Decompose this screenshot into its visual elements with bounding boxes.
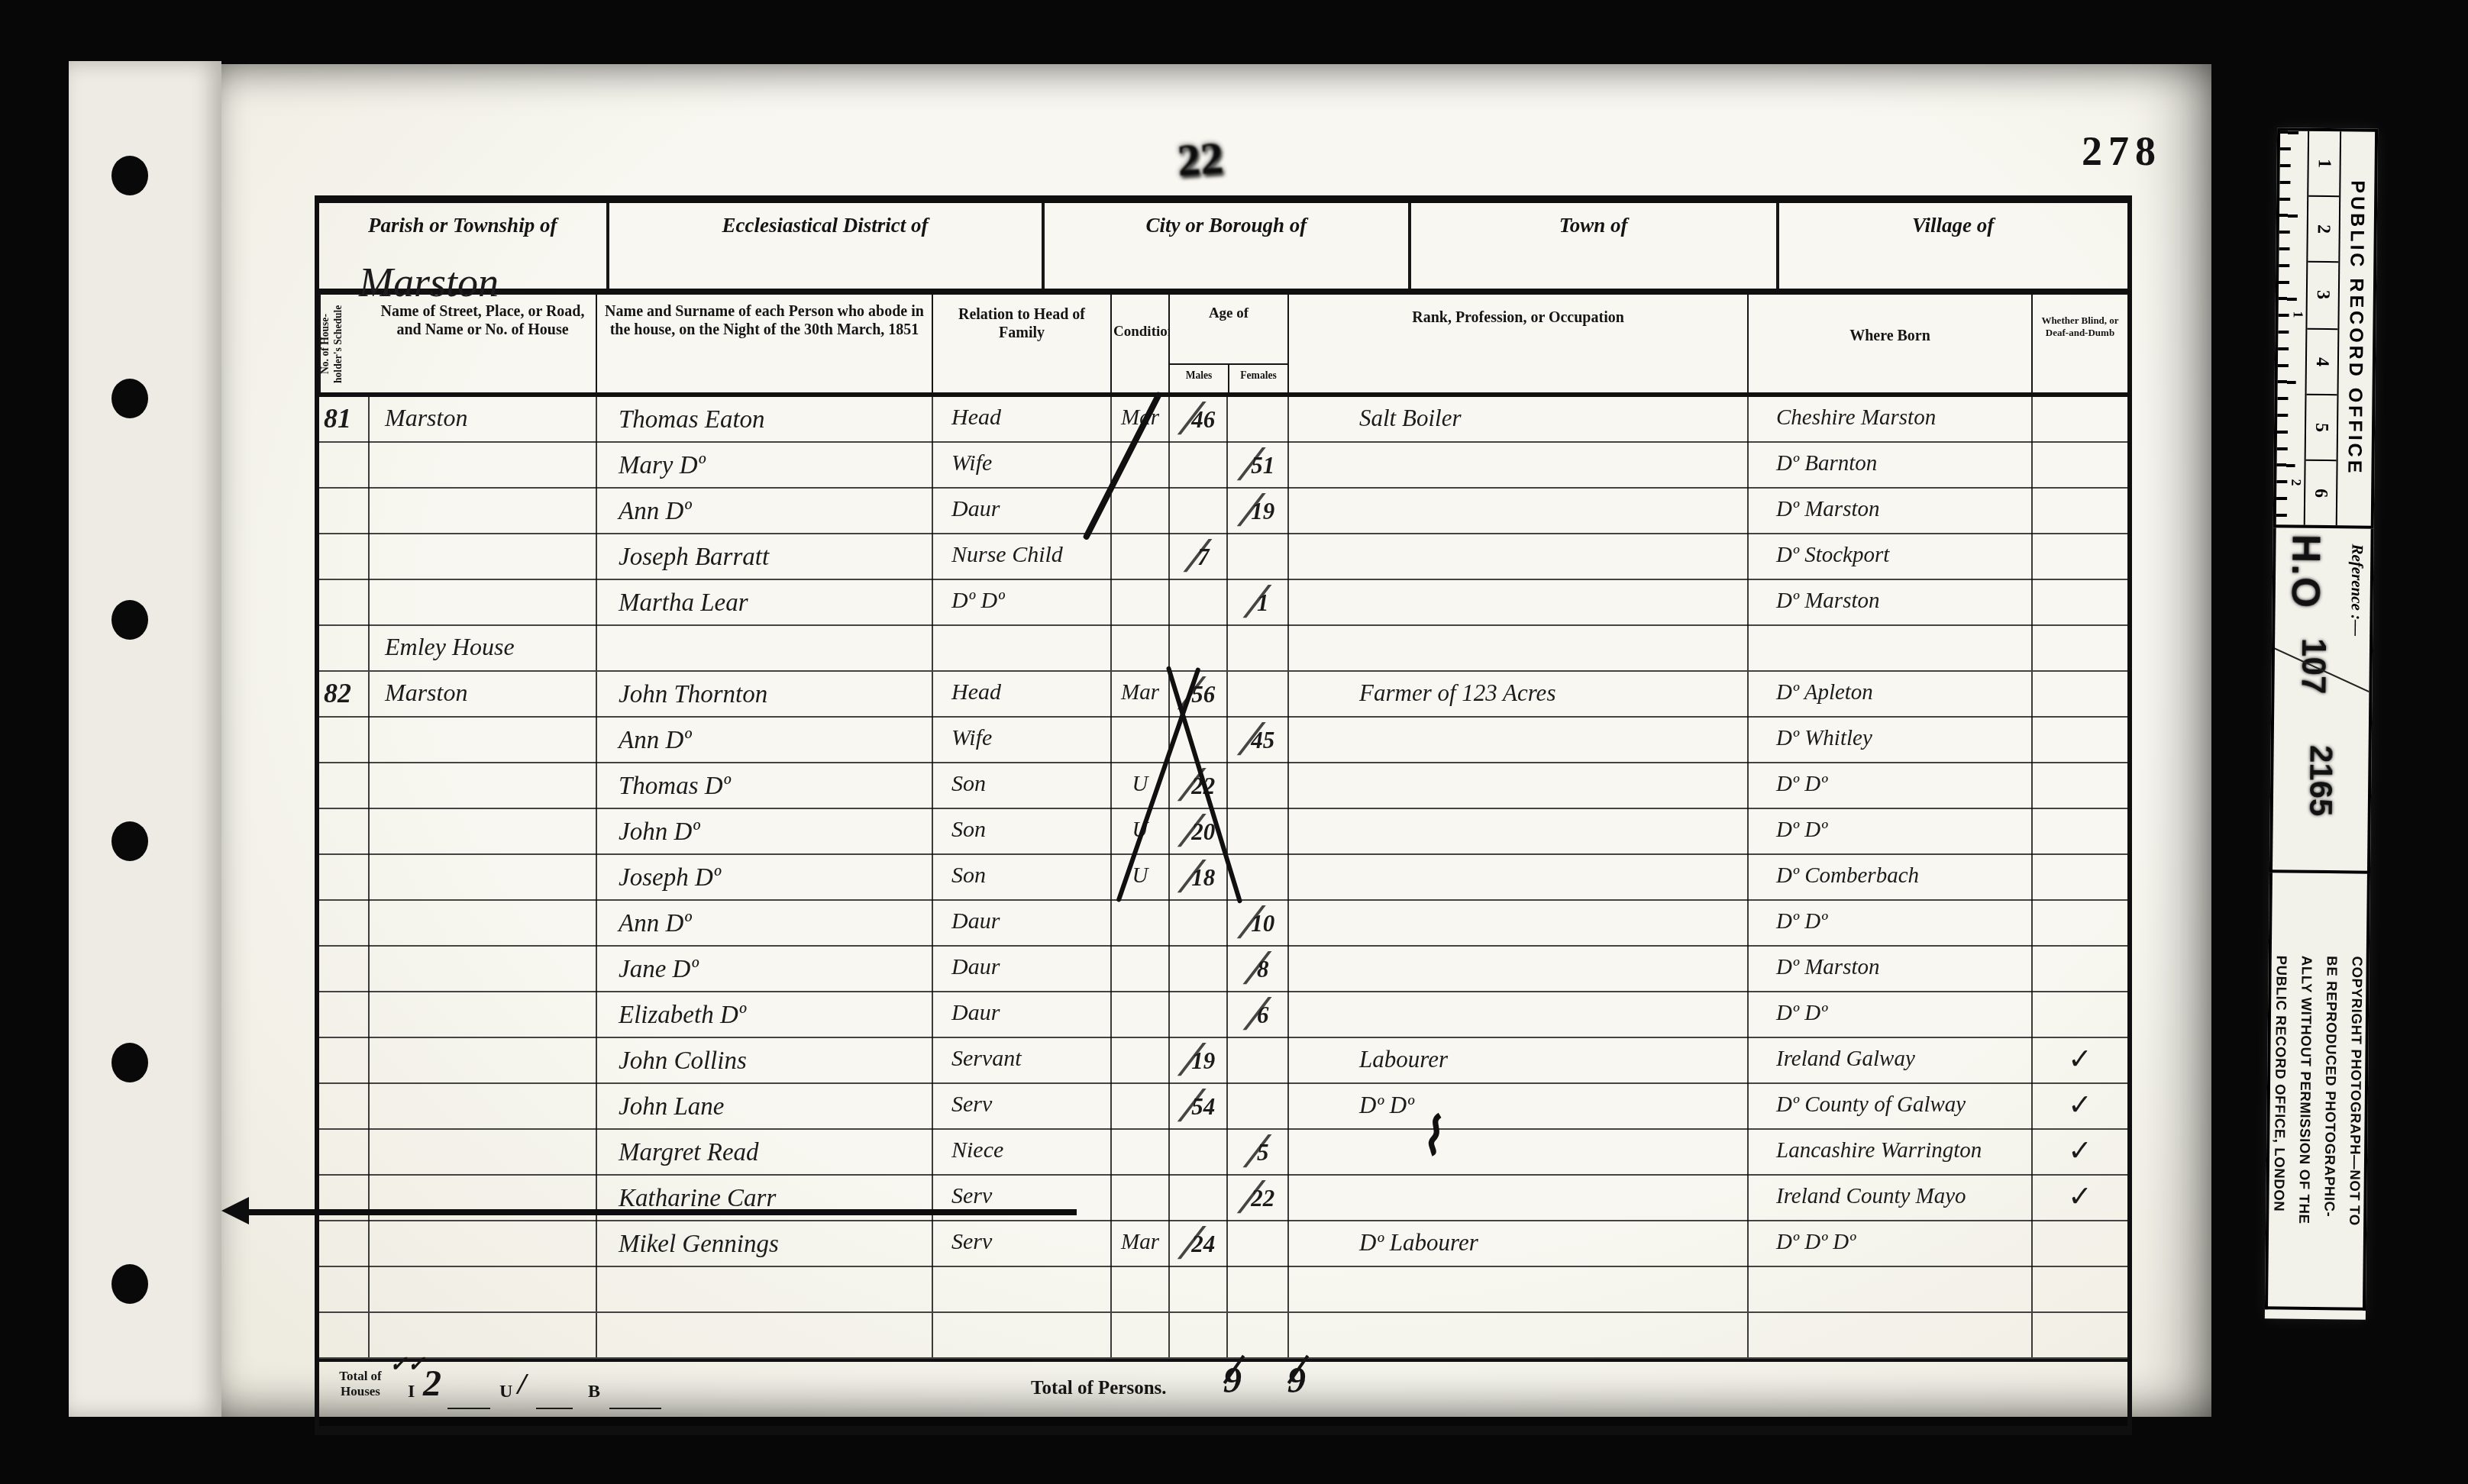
inch-label: 2 <box>2289 479 2304 486</box>
table-row: Emley House <box>319 626 2127 672</box>
cell-cond <box>1112 1130 1170 1176</box>
geo-label: City or Borough of <box>1045 203 1409 238</box>
cell-m <box>1170 992 1228 1038</box>
geo-box-town: Town of <box>1411 203 1778 289</box>
cell-occ <box>1289 901 1749 947</box>
cell-sched: 81 <box>319 397 370 443</box>
cell-street <box>370 947 597 992</box>
ink-squiggle <box>1425 1111 1446 1157</box>
cell-name <box>597 1267 933 1311</box>
cell-street <box>370 1267 597 1311</box>
table-row: John LaneServ54Dº DºDº County of Galway✓ <box>319 1084 2127 1130</box>
table-row: Joseph BarrattNurse Child7Dº Stockport <box>319 534 2127 580</box>
cell-born: Dº Dº <box>1749 763 2033 809</box>
cell-relation: Serv <box>933 1084 1112 1130</box>
cell-born: Dº Barnton <box>1749 443 2033 489</box>
cell-mark <box>2033 992 2127 1038</box>
cell-f <box>1228 1267 1289 1311</box>
scale-number: 3 <box>2307 263 2338 329</box>
cell-relation: Wife <box>933 718 1112 763</box>
cell-f: 51 <box>1228 443 1289 489</box>
cell-name: Ann Dº <box>597 901 933 947</box>
cell-mark <box>2033 855 2127 901</box>
cell-name: Mary Dº <box>597 443 933 489</box>
cell-mark <box>2033 1221 2127 1267</box>
cell-sched <box>319 809 370 855</box>
cell-mark <box>2033 1267 2127 1311</box>
cell-name: Elizabeth Dº <box>597 992 933 1038</box>
cell-cond: Mar <box>1112 1221 1170 1267</box>
cell-street <box>370 580 597 626</box>
cell-born: Dº Apleton <box>1749 672 2033 718</box>
cell-f <box>1228 626 1289 670</box>
cell-m <box>1170 1313 1228 1357</box>
cell-m <box>1170 1267 1228 1311</box>
header-relation: Relation to Head of Family <box>933 295 1112 392</box>
geo-box-parish: Parish or Township of Marston <box>319 203 609 289</box>
cell-mark <box>2033 809 2127 855</box>
cell-occ <box>1289 947 1749 992</box>
cell-occ <box>1289 626 1749 670</box>
cell-name: Thomas Dº <box>597 763 933 809</box>
cell-born: Ireland Galway <box>1749 1038 2033 1084</box>
punch-hole <box>111 821 148 861</box>
cell-name <box>597 626 933 670</box>
cell-mark <box>2033 763 2127 809</box>
cell-relation: Son <box>933 809 1112 855</box>
table-row: Martha LearDº Dº1Dº Marston <box>319 580 2127 626</box>
cell-occ <box>1289 855 1749 901</box>
cell-street <box>370 763 597 809</box>
ink-stamp-number: 22 <box>1176 133 1226 188</box>
cell-f <box>1228 1313 1289 1357</box>
cell-f: 45 <box>1228 718 1289 763</box>
cell-m: 7 <box>1170 534 1228 580</box>
cell-name: John Thornton <box>597 672 933 718</box>
cell-mark <box>2033 397 2127 443</box>
geo-label: Parish or Township of <box>319 203 606 238</box>
cell-born: Dº County of Galway <box>1749 1084 2033 1130</box>
cell-cond <box>1112 1084 1170 1130</box>
header-condition: Condition <box>1112 295 1170 392</box>
cell-f: 19 <box>1228 489 1289 534</box>
microfilm-frame: 278 22 Parish or Township of Marston Ecc… <box>0 0 2468 1484</box>
cell-relation <box>933 1313 1112 1357</box>
cell-occ: Farmer of 123 Acres <box>1289 672 1749 718</box>
cell-relation: Daur <box>933 992 1112 1038</box>
cell-cond <box>1112 534 1170 580</box>
header-name: Name and Surname of each Person who abod… <box>597 295 933 392</box>
cell-m <box>1170 626 1228 670</box>
cell-f <box>1228 534 1289 580</box>
scale-number: 1 <box>2308 131 2340 198</box>
building-letter: B <box>588 1380 600 1403</box>
cell-mark <box>2033 626 2127 670</box>
cell-occ <box>1289 763 1749 809</box>
scale-number: 5 <box>2306 395 2337 461</box>
cell-sched <box>319 855 370 901</box>
header-schedule: No. of House-holder's Schedule <box>319 295 370 392</box>
cell-street <box>370 1221 597 1267</box>
cell-occ <box>1289 992 1749 1038</box>
cell-occ <box>1289 1313 1749 1357</box>
rule-line <box>447 1408 490 1409</box>
cell-f <box>1228 672 1289 718</box>
cell-mark <box>2033 1313 2127 1357</box>
table-row: 82MarstonJohn ThorntonHeadMar56Farmer of… <box>319 672 2127 718</box>
cell-m: 46 <box>1170 397 1228 443</box>
cell-sched <box>319 489 370 534</box>
punch-hole <box>111 600 148 640</box>
cell-cond <box>1112 580 1170 626</box>
cell-name: John Lane <box>597 1084 933 1130</box>
cell-cond <box>1112 1176 1170 1221</box>
cell-sched <box>319 992 370 1038</box>
cell-f: 10 <box>1228 901 1289 947</box>
cell-cond <box>1112 1038 1170 1084</box>
ruler-scale-numbers: 1 2 3 4 5 6 <box>2305 131 2341 525</box>
cell-cond <box>1112 718 1170 763</box>
margin-arrow-line <box>234 1209 1077 1215</box>
copyright-notice: COPYRIGHT PHOTOGRAPH—NOT TO BE REPRODUCE… <box>2266 955 2369 1226</box>
cell-m <box>1170 1130 1228 1176</box>
uninhabited-mark: / <box>518 1368 526 1403</box>
cell-sched <box>319 1313 370 1357</box>
rule-line <box>536 1408 573 1409</box>
cell-born <box>1749 626 2033 670</box>
cell-sched <box>319 901 370 947</box>
header-females: Females <box>1229 365 1287 392</box>
punch-hole <box>111 379 148 418</box>
cell-m: 19 <box>1170 1038 1228 1084</box>
cell-street <box>370 901 597 947</box>
cell-occ <box>1289 1130 1749 1176</box>
scale-number: 2 <box>2308 197 2339 263</box>
cell-name: Mikel Gennings <box>597 1221 933 1267</box>
cell-name: Joseph Dº <box>597 855 933 901</box>
cell-sched: 82 <box>319 672 370 718</box>
cell-f <box>1228 1084 1289 1130</box>
cell-sched <box>319 580 370 626</box>
cell-sched <box>319 1084 370 1130</box>
totals-band: Total of Houses I 2 ✓✓ U / B Total of Pe… <box>319 1359 2127 1426</box>
cell-sched <box>319 718 370 763</box>
cell-cond <box>1112 489 1170 534</box>
cell-occ <box>1289 489 1749 534</box>
cell-mark <box>2033 580 2127 626</box>
folio-number: 278 <box>2082 128 2162 176</box>
cell-occ: Dº Labourer <box>1289 1221 1749 1267</box>
cell-m <box>1170 580 1228 626</box>
cell-mark: ✓ <box>2033 1130 2127 1176</box>
reference-label: Reference :— <box>2347 544 2364 636</box>
cell-m <box>1170 947 1228 992</box>
reference-dept-stamp: H.O <box>2282 534 2330 609</box>
census-table: Parish or Township of Marston Ecclesiast… <box>315 195 2132 1435</box>
cell-born: Dº Dº <box>1749 901 2033 947</box>
table-row <box>319 1267 2127 1313</box>
office-name-text: PUBLIC RECORD OFFICE <box>2344 181 2368 476</box>
males-total-handwritten: 9 <box>1223 1362 1242 1403</box>
cell-born: Dº Dº <box>1749 809 2033 855</box>
office-name-label: PUBLIC RECORD OFFICE <box>2337 131 2375 525</box>
table-row: Margret ReadNiece5Lancashire Warrington✓ <box>319 1130 2127 1176</box>
females-total-handwritten: 9 <box>1287 1362 1306 1403</box>
header-where-born: Where Born <box>1749 295 2033 392</box>
cell-f <box>1228 1038 1289 1084</box>
cell-street <box>370 809 597 855</box>
cell-sched <box>319 763 370 809</box>
cell-street <box>370 443 597 489</box>
cell-f <box>1228 763 1289 809</box>
reference-piece-stamp: 2165 <box>2301 745 2338 817</box>
cell-name: John Collins <box>597 1038 933 1084</box>
cell-relation: Head <box>933 672 1112 718</box>
cell-born <box>1749 1313 2033 1357</box>
table-row <box>319 1313 2127 1359</box>
cell-cond <box>1112 992 1170 1038</box>
cell-relation: Niece <box>933 1130 1112 1176</box>
geo-box-ecclesiastical: Ecclesiastical District of <box>609 203 1044 289</box>
cell-sched <box>319 443 370 489</box>
header-blind-deaf: Whether Blind, or Deaf-and-Dumb <box>2033 295 2127 392</box>
film-leader-strip <box>69 61 221 1417</box>
cell-sched <box>319 1130 370 1176</box>
cell-relation <box>933 1267 1112 1311</box>
ruler-ticks: 1 2 <box>2276 131 2309 524</box>
cell-relation: Daur <box>933 901 1112 947</box>
inch-label: 1 <box>2291 311 2306 318</box>
check-marks: ✓✓ <box>389 1353 425 1379</box>
cell-occ <box>1289 580 1749 626</box>
geo-label: Ecclesiastical District of <box>609 203 1041 238</box>
cell-cond <box>1112 1267 1170 1311</box>
reference-section: Reference :— H.O 107 2165 <box>2269 527 2374 873</box>
ruler-section: 1 2 1 2 3 4 5 6 PUBLIC RECORD OFFICE <box>2273 127 2378 528</box>
cell-m: 54 <box>1170 1084 1228 1130</box>
cell-f: 8 <box>1228 947 1289 992</box>
cell-name: Martha Lear <box>597 580 933 626</box>
cell-relation: Wife <box>933 443 1112 489</box>
total-houses-label: Total of Houses <box>324 1368 397 1399</box>
inhabited-letter: I <box>408 1380 415 1403</box>
scale-number: 4 <box>2307 329 2338 395</box>
cell-name <box>597 1313 933 1357</box>
cell-occ: Dº Dº <box>1289 1084 1749 1130</box>
cell-mark <box>2033 718 2127 763</box>
cell-mark <box>2033 672 2127 718</box>
header-age: Age of Males Females <box>1170 295 1289 392</box>
rule-line <box>609 1408 661 1409</box>
cell-street <box>370 1084 597 1130</box>
cell-name: Ann Dº <box>597 718 933 763</box>
geo-label: Village of <box>1778 203 2127 238</box>
header-age-of: Age of <box>1170 295 1287 363</box>
cell-relation: Nurse Child <box>933 534 1112 580</box>
cell-mark: ✓ <box>2033 1084 2127 1130</box>
cell-street: Marston <box>370 672 597 718</box>
inhabited-total-handwritten: 2 <box>423 1365 441 1406</box>
cell-relation: Daur <box>933 489 1112 534</box>
table-row: Mikel GenningsServMar24Dº LabourerDº Dº … <box>319 1221 2127 1267</box>
table-row: Jane DºDaur8Dº Marston <box>319 947 2127 992</box>
cell-born: Dº Stockport <box>1749 534 2033 580</box>
cell-born: Dº Dº <box>1749 992 2033 1038</box>
cell-sched <box>319 947 370 992</box>
geo-box-city: City or Borough of <box>1045 203 1412 289</box>
copyright-section: COPYRIGHT PHOTOGRAPH—NOT TO BE REPRODUCE… <box>2265 873 2370 1310</box>
cell-relation: Son <box>933 855 1112 901</box>
cell-street <box>370 1130 597 1176</box>
cell-occ <box>1289 534 1749 580</box>
cell-name: Joseph Barratt <box>597 534 933 580</box>
cell-occ: Labourer <box>1289 1038 1749 1084</box>
scale-number: 6 <box>2305 460 2337 525</box>
cell-mark <box>2033 534 2127 580</box>
cell-name: Ann Dº <box>597 489 933 534</box>
cell-sched <box>319 534 370 580</box>
cell-m: 18 <box>1170 855 1228 901</box>
cell-f: 1 <box>1228 580 1289 626</box>
cell-born: Dº Dº Dº <box>1749 1221 2033 1267</box>
cell-cond <box>1112 626 1170 670</box>
cell-sched <box>319 1038 370 1084</box>
table-row: Thomas DºSonU22Dº Dº <box>319 763 2127 809</box>
cell-occ: Salt Boiler <box>1289 397 1749 443</box>
cell-cond: Mar <box>1112 672 1170 718</box>
cell-name: John Dº <box>597 809 933 855</box>
cell-name: Margret Read <box>597 1130 933 1176</box>
table-row: John CollinsServant19LabourerIreland Gal… <box>319 1038 2127 1084</box>
table-row: Mary DºWife51Dº Barnton <box>319 443 2127 489</box>
cell-relation: Head <box>933 397 1112 443</box>
cell-cond: Mar <box>1112 397 1170 443</box>
cell-street <box>370 534 597 580</box>
cell-f <box>1228 397 1289 443</box>
cell-name: Thomas Eaton <box>597 397 933 443</box>
cell-occ <box>1289 718 1749 763</box>
cell-f <box>1228 1221 1289 1267</box>
uninhabited-letter: U <box>499 1380 512 1403</box>
cell-f: 6 <box>1228 992 1289 1038</box>
cell-sched <box>319 626 370 670</box>
cell-relation: Serv <box>933 1221 1112 1267</box>
cell-mark: ✓ <box>2033 1176 2127 1221</box>
table-row: Joseph DºSonU18Dº Comberbach <box>319 855 2127 901</box>
cell-born: Cheshire Marston <box>1749 397 2033 443</box>
punch-hole <box>111 156 148 195</box>
cell-f: 5 <box>1228 1130 1289 1176</box>
cell-street: Marston <box>370 397 597 443</box>
cell-mark <box>2033 901 2127 947</box>
cell-born: Dº Marston <box>1749 580 2033 626</box>
cell-street <box>370 855 597 901</box>
cell-m: 24 <box>1170 1221 1228 1267</box>
cell-street <box>370 718 597 763</box>
cell-name: Jane Dº <box>597 947 933 992</box>
geo-label: Town of <box>1411 203 1775 238</box>
cell-occ <box>1289 1176 1749 1221</box>
cell-born: Lancashire Warrington <box>1749 1130 2033 1176</box>
total-persons-label: Total of Persons. <box>1031 1377 1167 1400</box>
header-occupation: Rank, Profession, or Occupation <box>1289 295 1749 392</box>
cell-f: 22 <box>1228 1176 1289 1221</box>
cell-born <box>1749 1267 2033 1311</box>
cell-street <box>370 992 597 1038</box>
cell-relation: Daur <box>933 947 1112 992</box>
cell-relation: Son <box>933 763 1112 809</box>
cell-cond <box>1112 901 1170 947</box>
cell-occ <box>1289 809 1749 855</box>
table-row: Ann DºWife45Dº Whitley <box>319 718 2127 763</box>
cell-street: Emley House <box>370 626 597 670</box>
cell-born: Dº Marston <box>1749 489 2033 534</box>
header-males: Males <box>1170 365 1229 392</box>
cell-sched <box>319 1221 370 1267</box>
cell-cond <box>1112 1313 1170 1357</box>
table-row: Elizabeth DºDaur6Dº Dº <box>319 992 2127 1038</box>
cell-relation <box>933 626 1112 670</box>
cell-street <box>370 489 597 534</box>
parish-handwritten-value: Marston <box>359 260 499 307</box>
cell-born: Ireland County Mayo <box>1749 1176 2033 1221</box>
cell-mark <box>2033 947 2127 992</box>
cell-m <box>1170 1176 1228 1221</box>
cell-born: Dº Marston <box>1749 947 2033 992</box>
punch-hole <box>111 1264 148 1304</box>
cell-f <box>1228 809 1289 855</box>
table-row: Ann DºDaur19Dº Marston <box>319 489 2127 534</box>
cell-street <box>370 1313 597 1357</box>
header-street: Name of Street, Place, or Road, and Name… <box>370 295 597 392</box>
cell-sched <box>319 1267 370 1311</box>
cell-mark: ✓ <box>2033 1038 2127 1084</box>
punch-hole <box>111 1043 148 1082</box>
cell-occ <box>1289 443 1749 489</box>
cell-m <box>1170 489 1228 534</box>
table-row: 81MarstonThomas EatonHeadMar46Salt Boile… <box>319 397 2127 443</box>
public-record-office-card: 1 2 1 2 3 4 5 6 PUBLIC RECORD OFFICE Ref… <box>2265 127 2378 1319</box>
cell-born: Dº Whitley <box>1749 718 2033 763</box>
geo-box-village: Village of <box>1778 203 2127 289</box>
cell-relation: Servant <box>933 1038 1112 1084</box>
cell-cond <box>1112 947 1170 992</box>
cell-relation: Dº Dº <box>933 580 1112 626</box>
column-header-row: No. of House-holder's Schedule Name of S… <box>319 295 2127 397</box>
cell-street <box>370 1038 597 1084</box>
cell-m <box>1170 901 1228 947</box>
cell-m <box>1170 443 1228 489</box>
table-row: Ann DºDaur10Dº Dº <box>319 901 2127 947</box>
census-page: 278 22 Parish or Township of Marston Ecc… <box>221 64 2211 1417</box>
geo-header-band: Parish or Township of Marston Ecclesiast… <box>319 203 2127 295</box>
cell-born: Dº Comberbach <box>1749 855 2033 901</box>
cell-mark <box>2033 489 2127 534</box>
cell-mark <box>2033 443 2127 489</box>
cell-occ <box>1289 1267 1749 1311</box>
